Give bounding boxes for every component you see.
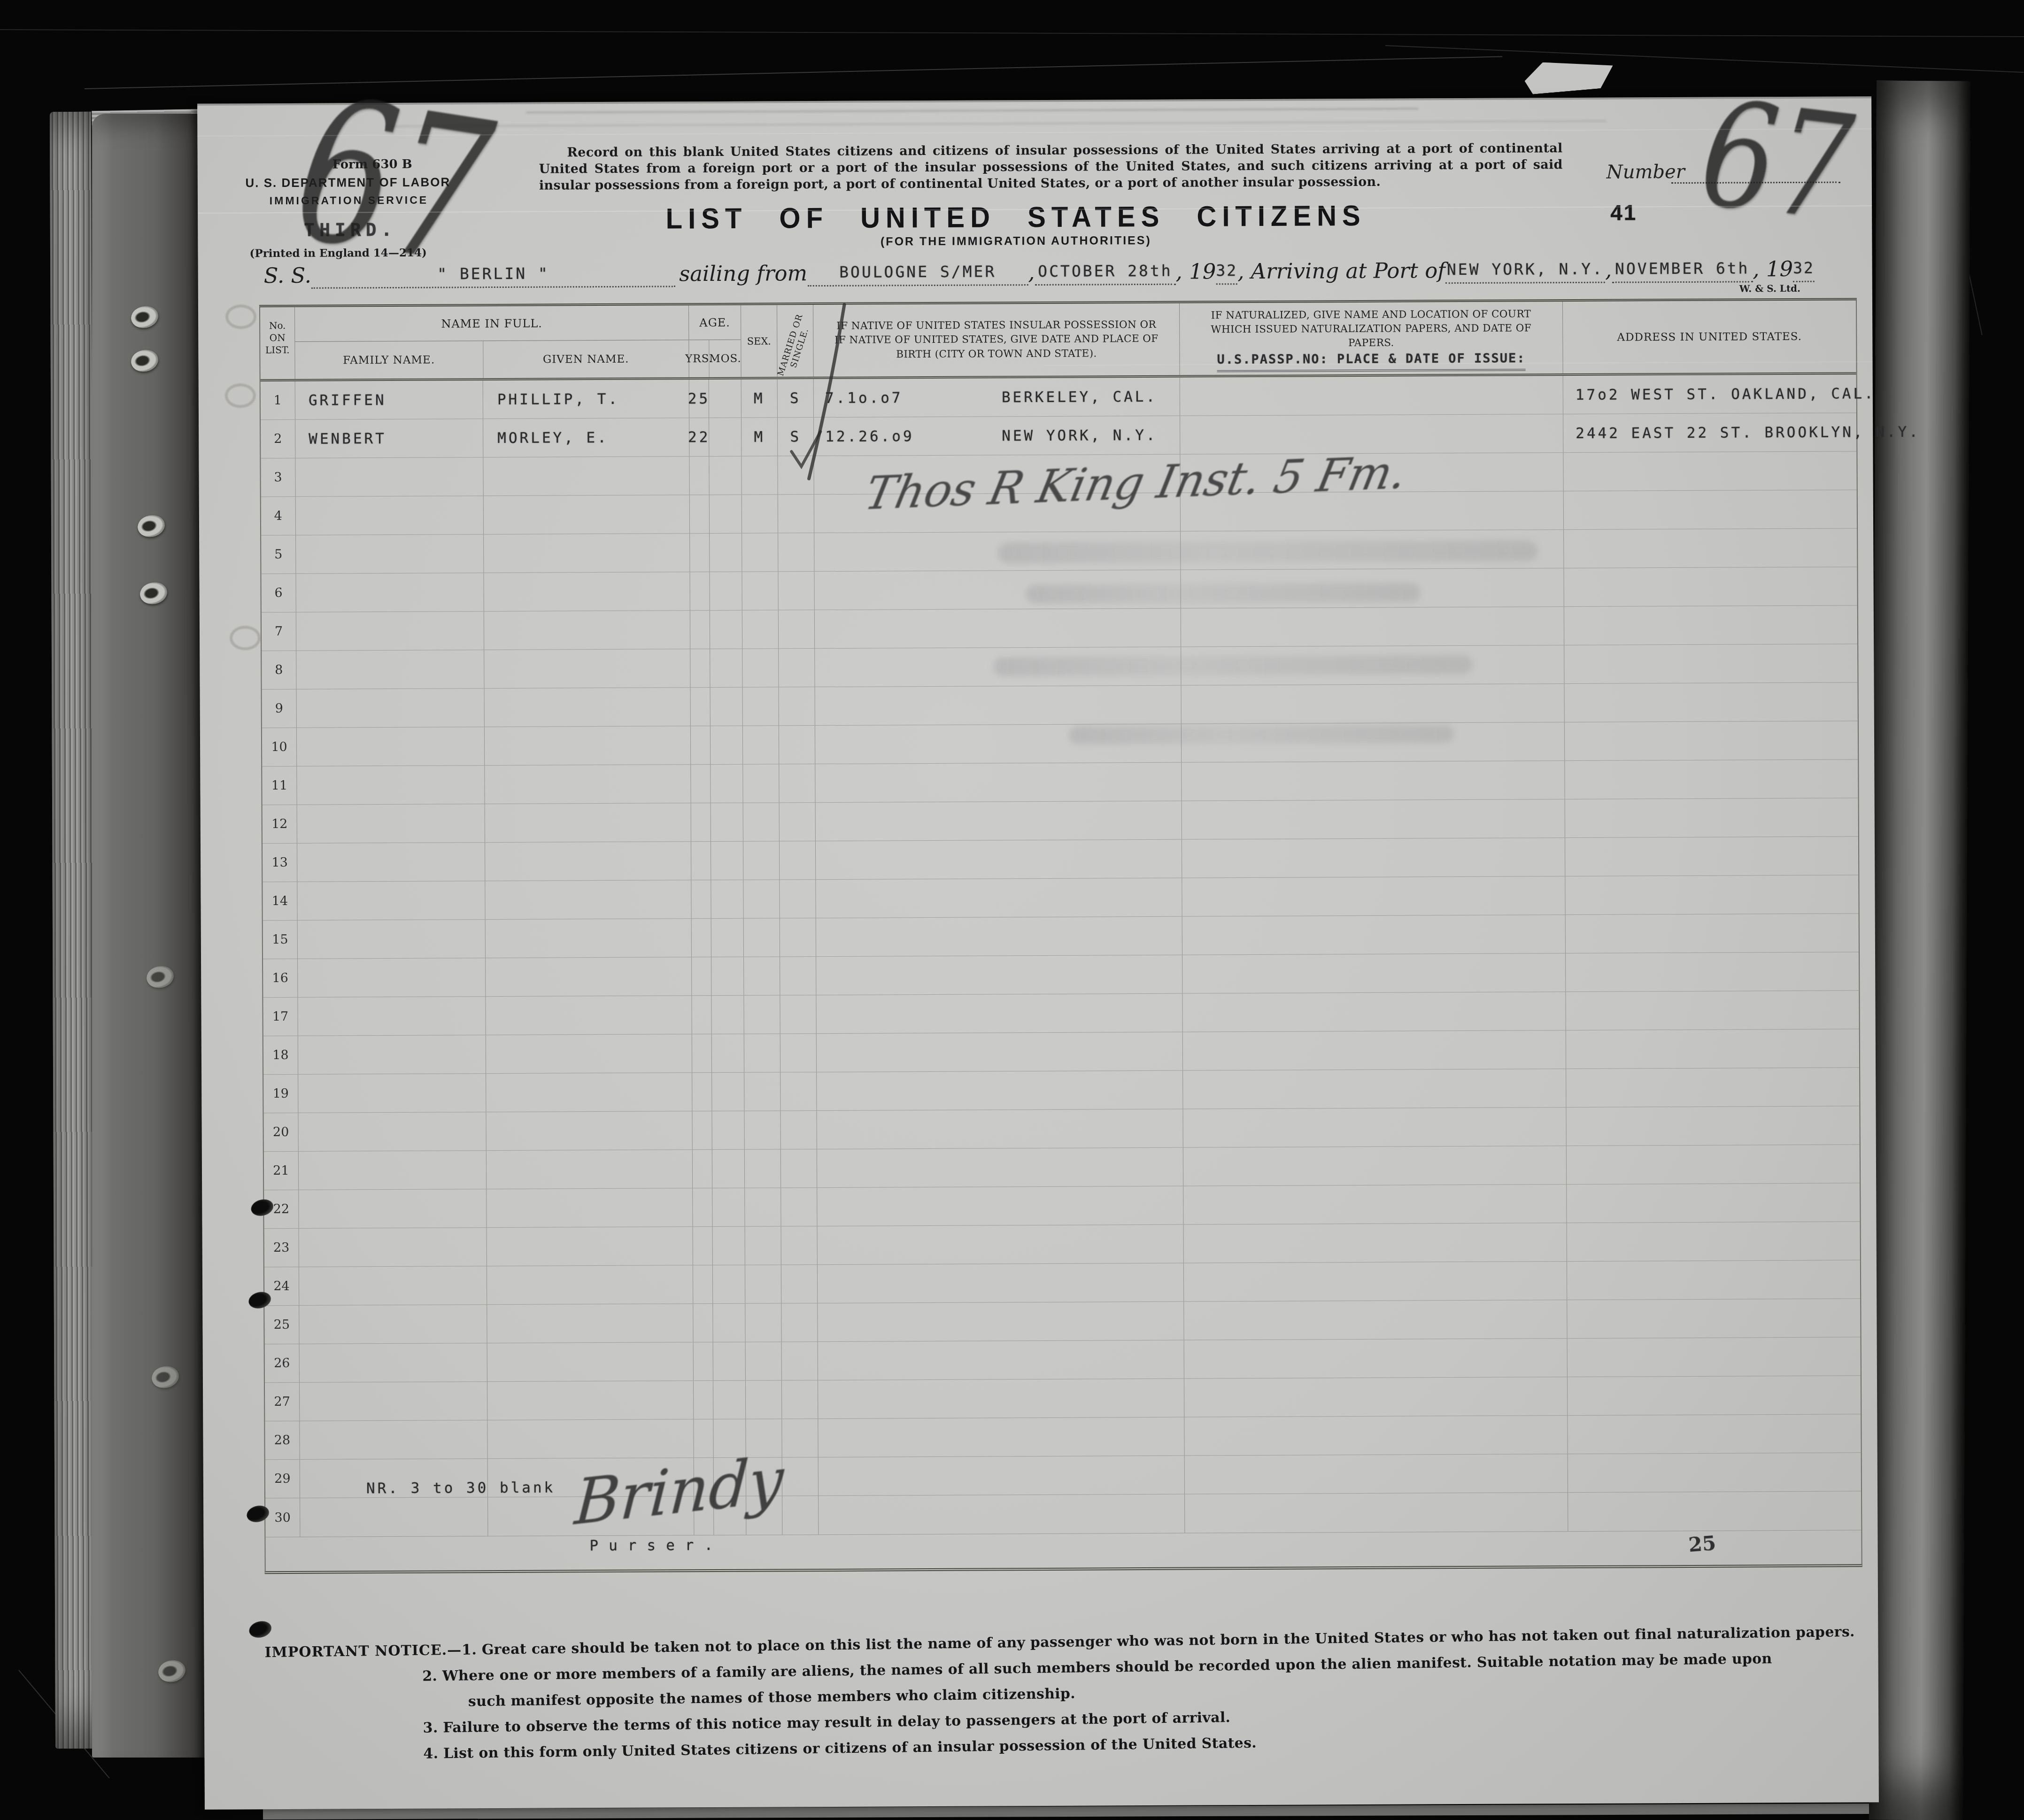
family-name-cell: GRIFFEN xyxy=(295,380,483,419)
birth-cell xyxy=(816,1071,1182,1110)
naturalization-cell xyxy=(1184,1339,1567,1379)
sex-cell xyxy=(743,880,779,918)
arrival-date-field: NOVEMBER 6th xyxy=(1612,259,1753,283)
table-row: 7 xyxy=(262,605,1857,651)
naturalization-cell xyxy=(1184,1454,1568,1494)
married-single-cell xyxy=(781,1342,818,1380)
sex-cell xyxy=(744,1034,780,1072)
row-number: 4 xyxy=(261,497,295,535)
row-number: 1 xyxy=(261,381,295,419)
metal-eyelet xyxy=(129,303,160,330)
married-single-cell xyxy=(779,726,815,764)
passport-typed-line: U.S.PASSP.NO: PLACE & DATE OF ISSUE: xyxy=(1217,350,1525,372)
age-years-cell xyxy=(690,649,710,687)
married-single-cell xyxy=(781,1419,818,1457)
married-single-cell xyxy=(780,1034,816,1072)
given-name-cell: PHILLIP, T. xyxy=(483,379,689,418)
naturalization-cell xyxy=(1181,607,1564,647)
address-cell xyxy=(1563,490,1857,529)
comma: , xyxy=(1028,260,1035,286)
given-name-cell xyxy=(484,688,690,727)
birth-cell xyxy=(816,917,1182,956)
age-years-cell xyxy=(692,1111,711,1149)
age-years-cell xyxy=(691,880,711,918)
given-name-cell xyxy=(486,1150,692,1189)
col-header-birth: IF NATIVE OF UNITED STATES INSULAR POSSE… xyxy=(813,303,1180,377)
family-name-cell: WENBERT xyxy=(295,419,483,458)
birth-cell xyxy=(815,686,1181,725)
naturalization-cell xyxy=(1182,1107,1566,1147)
family-name-cell xyxy=(295,573,483,612)
given-name-cell xyxy=(486,1073,692,1112)
given-name-cell xyxy=(485,957,691,996)
naturalization-cell xyxy=(1183,1185,1566,1224)
age-years-cell xyxy=(693,1381,713,1419)
sex-cell xyxy=(745,1380,781,1418)
form-instructions: Record on this blank United States citiz… xyxy=(539,140,1562,194)
address-cell xyxy=(1565,798,1858,837)
address-cell xyxy=(1565,952,1859,991)
table-row: 23 xyxy=(264,1222,1860,1267)
age-months-cell xyxy=(709,457,741,495)
family-name-cell xyxy=(299,1305,487,1344)
age-years-cell xyxy=(690,726,710,764)
handwritten-number-value: 67 xyxy=(1695,88,1858,235)
notice-label: IMPORTANT NOTICE.— xyxy=(264,1642,462,1661)
married-single-cell xyxy=(779,880,815,918)
table-row: 18 xyxy=(263,1029,1859,1075)
naturalization-cell xyxy=(1182,992,1565,1032)
table-body: 1GRIFFENPHILLIP, T.25MS7.1o.o7BERKELEY, … xyxy=(261,374,1862,1537)
married-single-cell xyxy=(778,649,814,687)
address-cell xyxy=(1566,1029,1859,1069)
row-number: 8 xyxy=(262,651,296,689)
age-months-cell xyxy=(709,379,741,418)
given-name-cell xyxy=(485,880,691,919)
birth-cell xyxy=(816,994,1182,1033)
handwritten-sheet-number: 67 xyxy=(287,80,500,285)
family-name-cell xyxy=(295,496,483,535)
family-name-cell xyxy=(296,689,484,728)
arrival-port-field: NEW YORK, N.Y. xyxy=(1445,260,1605,284)
torn-paper-fragment xyxy=(1523,56,1615,95)
age-years-cell xyxy=(689,572,709,610)
table-row: 8 xyxy=(262,644,1857,689)
family-name-cell xyxy=(297,881,485,920)
given-name-cell xyxy=(486,1111,692,1150)
sex-cell xyxy=(743,803,779,841)
sex-cell xyxy=(741,456,777,494)
naturalization-cell xyxy=(1182,799,1565,839)
address-cell xyxy=(1568,1453,1861,1492)
age-months-cell xyxy=(711,996,743,1034)
age-months-cell xyxy=(709,418,741,456)
col-header-mos: MOS. xyxy=(709,340,741,377)
table-row: 16 xyxy=(263,952,1859,998)
table-row: 30 xyxy=(265,1491,1861,1537)
metal-eyelet xyxy=(138,580,169,606)
married-single-cell xyxy=(779,841,815,879)
given-name-cell xyxy=(483,534,689,573)
address-cell xyxy=(1563,528,1857,568)
arrival-year-typed: 32 xyxy=(1793,259,1815,282)
family-name-cell xyxy=(298,1112,486,1151)
table-footer-band xyxy=(265,1530,1861,1571)
address-cell xyxy=(1564,605,1857,645)
sex-cell xyxy=(742,533,778,571)
age-years-cell xyxy=(693,1227,712,1265)
given-name-cell: MORLEY, E. xyxy=(483,418,689,457)
married-single-cell xyxy=(781,1380,818,1418)
married-single-cell xyxy=(779,764,815,802)
married-single-cell xyxy=(780,1149,817,1187)
sex-cell xyxy=(744,1149,780,1187)
sex-cell xyxy=(745,1342,781,1380)
birth-cell xyxy=(818,1495,1184,1534)
age-years-cell: 22 xyxy=(689,418,709,456)
address-cell xyxy=(1564,759,1858,799)
family-name-cell xyxy=(299,1228,487,1267)
married-single-cell: S xyxy=(777,379,813,417)
metal-eyelet xyxy=(156,1657,187,1684)
birth-cell xyxy=(818,1340,1184,1380)
table-row: 25 xyxy=(264,1299,1860,1344)
metal-eyelet xyxy=(150,1363,181,1390)
row-number: 19 xyxy=(263,1075,298,1113)
married-single-cell xyxy=(782,1457,818,1495)
married-single-cell xyxy=(780,995,816,1033)
age-years-cell xyxy=(690,765,710,803)
naturalization-cell xyxy=(1183,1223,1567,1263)
given-name-cell xyxy=(487,1304,693,1343)
address-cell xyxy=(1567,1376,1861,1415)
age-years-cell: 25 xyxy=(689,379,709,418)
address-cell xyxy=(1565,875,1858,914)
row-number: 14 xyxy=(263,882,297,920)
age-years-cell xyxy=(690,688,710,726)
birth-cell xyxy=(814,647,1181,687)
age-years-cell xyxy=(689,457,709,495)
married-single-cell: S xyxy=(777,418,813,456)
address-cell: 2442 EAST 22 ST. BROOKLYN, N.Y. xyxy=(1563,413,1856,452)
age-months-cell xyxy=(712,1188,744,1226)
table-row: 20 xyxy=(263,1106,1859,1152)
sex-cell xyxy=(742,726,779,764)
family-name-cell xyxy=(299,1266,487,1305)
sex-cell xyxy=(744,1072,780,1110)
married-single-cell xyxy=(781,1226,817,1264)
stamp-25: 25 xyxy=(1688,1532,1717,1557)
metal-eyelet xyxy=(145,963,176,990)
manifest-page: Form 630 B U. S. DEPARTMENT OF LABOR IMM… xyxy=(197,96,1879,1810)
table-row: 12 xyxy=(263,798,1858,844)
age-years-cell xyxy=(691,842,711,880)
row-number: 16 xyxy=(263,959,297,997)
birth-date: 7.1o.o7 xyxy=(825,389,903,407)
row-number: 11 xyxy=(262,767,296,805)
age-years-cell xyxy=(689,534,709,572)
family-name-cell xyxy=(296,650,484,689)
naturalization-cell xyxy=(1184,1493,1568,1533)
birth-cell xyxy=(817,1186,1183,1226)
married-single-cell xyxy=(781,1265,817,1303)
given-name-cell xyxy=(484,765,690,804)
address-cell: 17o2 WEST ST. OAKLAND, CAL. xyxy=(1563,374,1856,414)
given-name-cell xyxy=(487,1265,693,1304)
row-number: 2 xyxy=(261,420,295,458)
sex-cell: M xyxy=(741,379,777,417)
given-name-cell xyxy=(484,726,690,765)
naturalization-cell xyxy=(1181,645,1564,685)
birth-cell xyxy=(816,955,1182,995)
row-number: 23 xyxy=(264,1229,299,1267)
age-months-cell xyxy=(709,495,742,533)
col-header-given-name: GIVEN NAME. xyxy=(483,340,689,378)
address-cell xyxy=(1566,1106,1859,1146)
birth-cell xyxy=(818,1456,1184,1495)
given-name-cell xyxy=(485,803,691,842)
table-row: 6 xyxy=(261,567,1857,612)
address-cell xyxy=(1563,451,1856,491)
age-years-cell xyxy=(692,1073,711,1111)
table-row: 11 xyxy=(262,759,1858,805)
given-name-cell xyxy=(483,572,689,611)
naturalization-cell xyxy=(1181,761,1564,801)
family-name-cell xyxy=(298,1189,486,1228)
table-row: 1GRIFFENPHILLIP, T.25MS7.1o.o7BERKELEY, … xyxy=(261,374,1856,420)
address-cell xyxy=(1567,1260,1860,1300)
birth-cell xyxy=(817,1225,1183,1264)
given-name-cell xyxy=(486,1034,692,1073)
naturalization-cell xyxy=(1181,722,1564,762)
address-cell xyxy=(1567,1414,1861,1454)
purser-label: Purser. xyxy=(589,1537,723,1554)
birth-date: 12.26.o9 xyxy=(825,428,914,445)
departure-port-field: BOULOGNE S/MER xyxy=(807,262,1028,287)
age-months-cell xyxy=(711,957,743,995)
paper-stack-right-edge xyxy=(1869,81,1970,1820)
birth-cell xyxy=(816,1109,1182,1149)
family-name-cell xyxy=(297,843,485,882)
given-name-cell xyxy=(487,1342,693,1381)
age-years-cell xyxy=(692,1188,712,1226)
punch-hole-mark xyxy=(225,304,256,329)
col-header-married-single: MARRIED OR SINGLE. xyxy=(777,305,813,377)
row-number: 30 xyxy=(265,1498,300,1537)
address-cell xyxy=(1567,1299,1860,1338)
naturalization-cell xyxy=(1182,876,1565,916)
sex-cell xyxy=(744,1188,780,1226)
married-single-cell xyxy=(780,1072,816,1110)
sex-cell xyxy=(743,995,780,1033)
married-single-cell xyxy=(780,918,816,956)
family-name-cell xyxy=(298,1151,486,1190)
metal-eyelet xyxy=(129,347,160,374)
binding-strip xyxy=(92,114,208,1758)
row-number: 7 xyxy=(262,612,296,651)
birth-cell xyxy=(817,1263,1183,1303)
age-years-cell xyxy=(689,495,709,533)
sailing-from-label: sailing from xyxy=(679,261,807,287)
birth-cell xyxy=(814,570,1180,610)
birth-cell xyxy=(815,763,1181,802)
film-scratch xyxy=(0,29,2024,37)
address-cell xyxy=(1565,914,1859,953)
family-name-cell xyxy=(299,1420,487,1459)
row-number: 28 xyxy=(265,1421,299,1459)
table-row: 10 xyxy=(262,721,1858,767)
naturalization-cell xyxy=(1180,530,1563,570)
sex-cell xyxy=(742,649,778,687)
given-name-cell xyxy=(485,919,691,958)
row-number: 20 xyxy=(263,1113,298,1151)
age-months-cell xyxy=(710,688,742,726)
row-number: 6 xyxy=(261,574,295,612)
address-cell xyxy=(1565,836,1858,876)
birth-cell xyxy=(815,840,1182,879)
table-row: 2WENBERTMORLEY, E.22MS12.26.o9NEW YORK, … xyxy=(261,413,1856,458)
col-header-yrs: YRS. xyxy=(689,340,709,377)
birth-cell xyxy=(815,878,1182,918)
age-years-cell xyxy=(690,611,710,649)
married-single-cell xyxy=(779,687,815,725)
naturalization-cell xyxy=(1180,376,1563,416)
given-name-cell xyxy=(485,996,691,1035)
family-name-cell xyxy=(297,958,485,997)
birth-cell xyxy=(818,1379,1184,1418)
married-single-cell xyxy=(779,803,815,841)
birth-cell xyxy=(814,609,1181,648)
age-months-cell xyxy=(713,1381,745,1419)
table-row: 22 xyxy=(264,1183,1860,1229)
address-cell xyxy=(1567,1222,1860,1261)
row-number: 29 xyxy=(265,1460,300,1498)
age-years-cell xyxy=(693,1304,712,1342)
family-name-cell xyxy=(299,1343,487,1382)
married-single-cell xyxy=(780,1188,817,1226)
table-row: 28 xyxy=(265,1414,1861,1460)
year-19-label: , 19 xyxy=(1175,259,1216,285)
age-months-cell xyxy=(712,1227,745,1265)
col-header-age: AGE. xyxy=(689,305,741,340)
given-name-cell xyxy=(486,1188,692,1227)
metal-eyelet xyxy=(136,512,167,539)
age-months-cell xyxy=(711,880,743,918)
naturalization-cell xyxy=(1182,1030,1566,1070)
family-name-cell xyxy=(298,1074,486,1113)
page-title: LIST OF UNITED STATES CITIZENS xyxy=(546,199,1485,236)
family-name-cell xyxy=(298,1035,486,1074)
birth-place: NEW YORK, N.Y. xyxy=(1002,426,1157,444)
age-years-cell xyxy=(691,919,711,957)
address-cell xyxy=(1565,991,1859,1030)
given-name-cell xyxy=(485,842,691,881)
table-row: 26 xyxy=(265,1337,1861,1383)
row-number: 25 xyxy=(264,1306,299,1344)
naturalization-cell xyxy=(1182,838,1565,878)
table-row: 9 xyxy=(262,682,1858,728)
address-cell xyxy=(1564,682,1858,722)
table-header: No. ON LIST. NAME IN FULL. FAMILY NAME. … xyxy=(260,300,1856,381)
table-row: 19 xyxy=(263,1068,1859,1113)
naturalization-cell xyxy=(1182,1069,1566,1109)
blank-rows-note: NR. 3 to 30 blank xyxy=(366,1479,555,1497)
stamp-41: 41 xyxy=(1610,200,1637,225)
age-months-cell xyxy=(711,842,743,880)
binder-fastener-dot xyxy=(247,1619,273,1640)
given-name-cell xyxy=(484,611,690,650)
punch-hole-mark xyxy=(230,626,261,650)
naturalization-cell xyxy=(1183,1300,1567,1340)
birth-cell: 12.26.o9NEW YORK, N.Y. xyxy=(813,416,1180,456)
married-single-cell xyxy=(778,610,814,648)
age-months-cell xyxy=(712,1265,745,1303)
col-header-name-in-full: NAME IN FULL. xyxy=(295,305,688,342)
given-name-cell xyxy=(487,1381,693,1420)
family-name-cell xyxy=(295,534,483,573)
naturalization-cell xyxy=(1183,1262,1567,1301)
married-single-cell xyxy=(777,456,813,494)
row-number: 5 xyxy=(261,535,295,573)
sex-cell xyxy=(743,957,780,995)
age-years-cell xyxy=(693,1265,712,1303)
naturalization-cell xyxy=(1182,915,1565,955)
family-name-cell xyxy=(296,612,484,651)
row-number: 10 xyxy=(262,728,296,766)
age-months-cell xyxy=(711,803,743,841)
row-number: 27 xyxy=(265,1383,299,1421)
birth-cell: 7.1o.o7BERKELEY, CAL. xyxy=(813,378,1180,417)
row-number: 18 xyxy=(263,1036,298,1074)
address-cell xyxy=(1566,1145,1860,1184)
age-months-cell xyxy=(710,611,742,649)
age-months-cell xyxy=(713,1342,745,1380)
birth-cell xyxy=(814,532,1180,571)
family-name-cell xyxy=(296,766,484,805)
table-row: 17 xyxy=(263,991,1859,1036)
sex-cell xyxy=(743,918,780,956)
family-name-cell xyxy=(297,804,485,843)
married-single-cell xyxy=(778,533,814,571)
address-cell xyxy=(1563,567,1857,606)
sex-cell xyxy=(744,1111,780,1149)
row-number: 12 xyxy=(263,805,297,843)
film-scratch xyxy=(1385,45,2024,73)
sex-cell xyxy=(745,1265,781,1303)
given-name-cell xyxy=(483,495,689,534)
age-months-cell xyxy=(710,765,742,803)
address-cell xyxy=(1566,1183,1860,1223)
col-header-no-on-list: No. ON LIST. xyxy=(260,307,295,379)
family-name-cell xyxy=(299,1382,487,1421)
address-cell xyxy=(1568,1491,1861,1531)
age-years-cell xyxy=(693,1342,713,1380)
married-single-cell xyxy=(781,1303,817,1341)
birth-place: BERKELEY, CAL. xyxy=(1002,388,1157,405)
sex-cell xyxy=(743,841,779,879)
punch-hole-mark xyxy=(225,383,256,408)
sex-cell xyxy=(742,687,779,725)
printer-mark: W. & S. Ltd. xyxy=(1739,283,1800,294)
address-cell xyxy=(1567,1337,1861,1377)
table-row: 15 xyxy=(263,914,1859,959)
departure-date-field: OCTOBER 28th xyxy=(1035,262,1175,286)
birth-cell xyxy=(815,801,1182,841)
row-number: 15 xyxy=(263,921,297,959)
voyage-line: S. S. " BERLIN " sailing from BOULOGNE S… xyxy=(264,256,1861,289)
married-single-cell xyxy=(778,572,814,610)
age-years-cell xyxy=(691,996,711,1034)
